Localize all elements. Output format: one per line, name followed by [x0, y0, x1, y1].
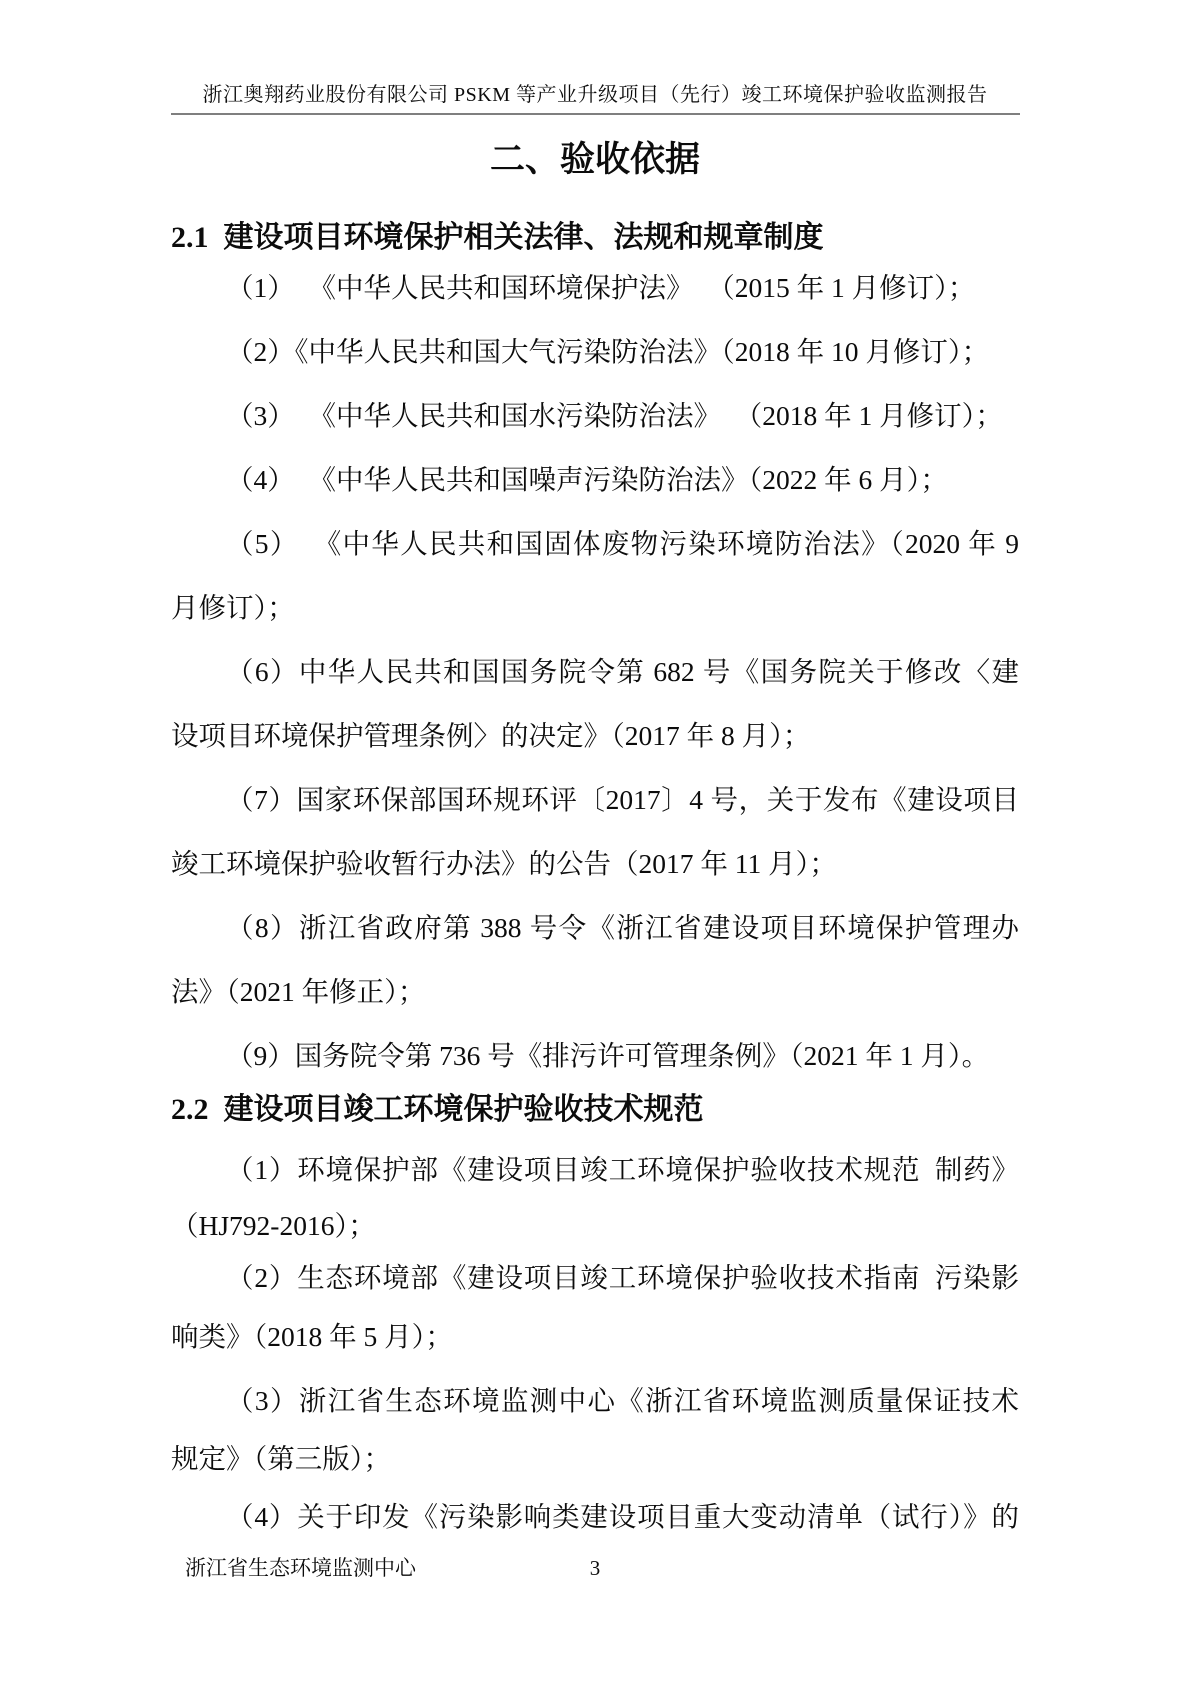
law-item-7-line-1: （7）国家环保部国环规环评〔2017〕4 号，关于发布《建设项目 — [171, 768, 1019, 832]
running-header: 浙江奥翔药业股份有限公司 PSKM 等产业升级项目（先行）竣工环境保护验收监测报… — [0, 0, 1190, 107]
law-item-1: （1） 《中华人民共和国环境保护法》 （2015 年 1 月修订）； — [171, 256, 1019, 320]
header-rule — [171, 113, 1020, 115]
spec-item-2-line-2: 响类》（2018 年 5 月）； — [171, 1305, 1019, 1369]
spec-item-4-line-1: （4）关于印发《污染影响类建设项目重大变动清单（试行）》的 — [171, 1485, 1019, 1549]
section-2-2-body: （1）环境保护部《建设项目竣工环境保护验收技术规范 制药》 （HJ792-201… — [171, 1138, 1019, 1549]
law-item-6-line-1: （6）中华人民共和国国务院令第 682 号《国务院关于修改〈建 — [171, 640, 1019, 704]
spec-item-3-line-1: （3）浙江省生态环境监测中心《浙江省环境监测质量保证技术 — [171, 1369, 1019, 1433]
page-footer: 浙江省生态环境监测中心 3 — [171, 1555, 1019, 1581]
law-item-6-line-2: 设项目环境保护管理条例〉的决定》（2017 年 8 月）； — [171, 704, 1019, 768]
law-item-7-line-2: 竣工环境保护验收暂行办法》的公告（2017 年 11 月）； — [171, 832, 1019, 896]
page-content: 二、验收依据 2.1 建设项目环境保护相关法律、法规和规章制度 （1） 《中华人… — [171, 138, 1019, 1581]
chapter-title: 二、验收依据 — [171, 138, 1019, 182]
spec-item-2-line-1: （2）生态环境部《建设项目竣工环境保护验收技术指南 污染影 — [171, 1250, 1019, 1305]
spec-item-1-line-1: （1）环境保护部《建设项目竣工环境保护验收技术规范 制药》 — [171, 1138, 1019, 1202]
law-item-3: （3） 《中华人民共和国水污染防治法》 （2018 年 1 月修订）； — [171, 384, 1019, 448]
law-item-2: （2）《中华人民共和国大气污染防治法》（2018 年 10 月修订）； — [171, 320, 1019, 384]
spec-item-1-line-2: （HJ792-2016）； — [171, 1202, 1019, 1250]
law-item-5-line-2: 月修订）； — [171, 576, 1019, 640]
page-number: 3 — [171, 1555, 1019, 1581]
law-item-4: （4） 《中华人民共和国噪声污染防治法》（2022 年 6 月）； — [171, 448, 1019, 512]
spec-item-3-line-2: 规定》（第三版）； — [171, 1433, 1019, 1485]
section-2-1-heading: 2.1 建设项目环境保护相关法律、法规和规章制度 — [171, 220, 1019, 256]
law-item-9: （9）国务院令第 736 号《排污许可管理条例》（2021 年 1 月）。 — [171, 1024, 1019, 1088]
law-item-8-line-1: （8）浙江省政府第 388 号令《浙江省建设项目环境保护管理办 — [171, 896, 1019, 960]
section-2-2-heading: 2.2 建设项目竣工环境保护验收技术规范 — [171, 1092, 1019, 1128]
law-item-8-line-2: 法》（2021 年修正）； — [171, 960, 1019, 1024]
law-item-5-line-1: （5） 《中华人民共和国固体废物污染环境防治法》（2020 年 9 — [171, 512, 1019, 576]
document-page: 浙江奥翔药业股份有限公司 PSKM 等产业升级项目（先行）竣工环境保护验收监测报… — [0, 0, 1190, 1683]
